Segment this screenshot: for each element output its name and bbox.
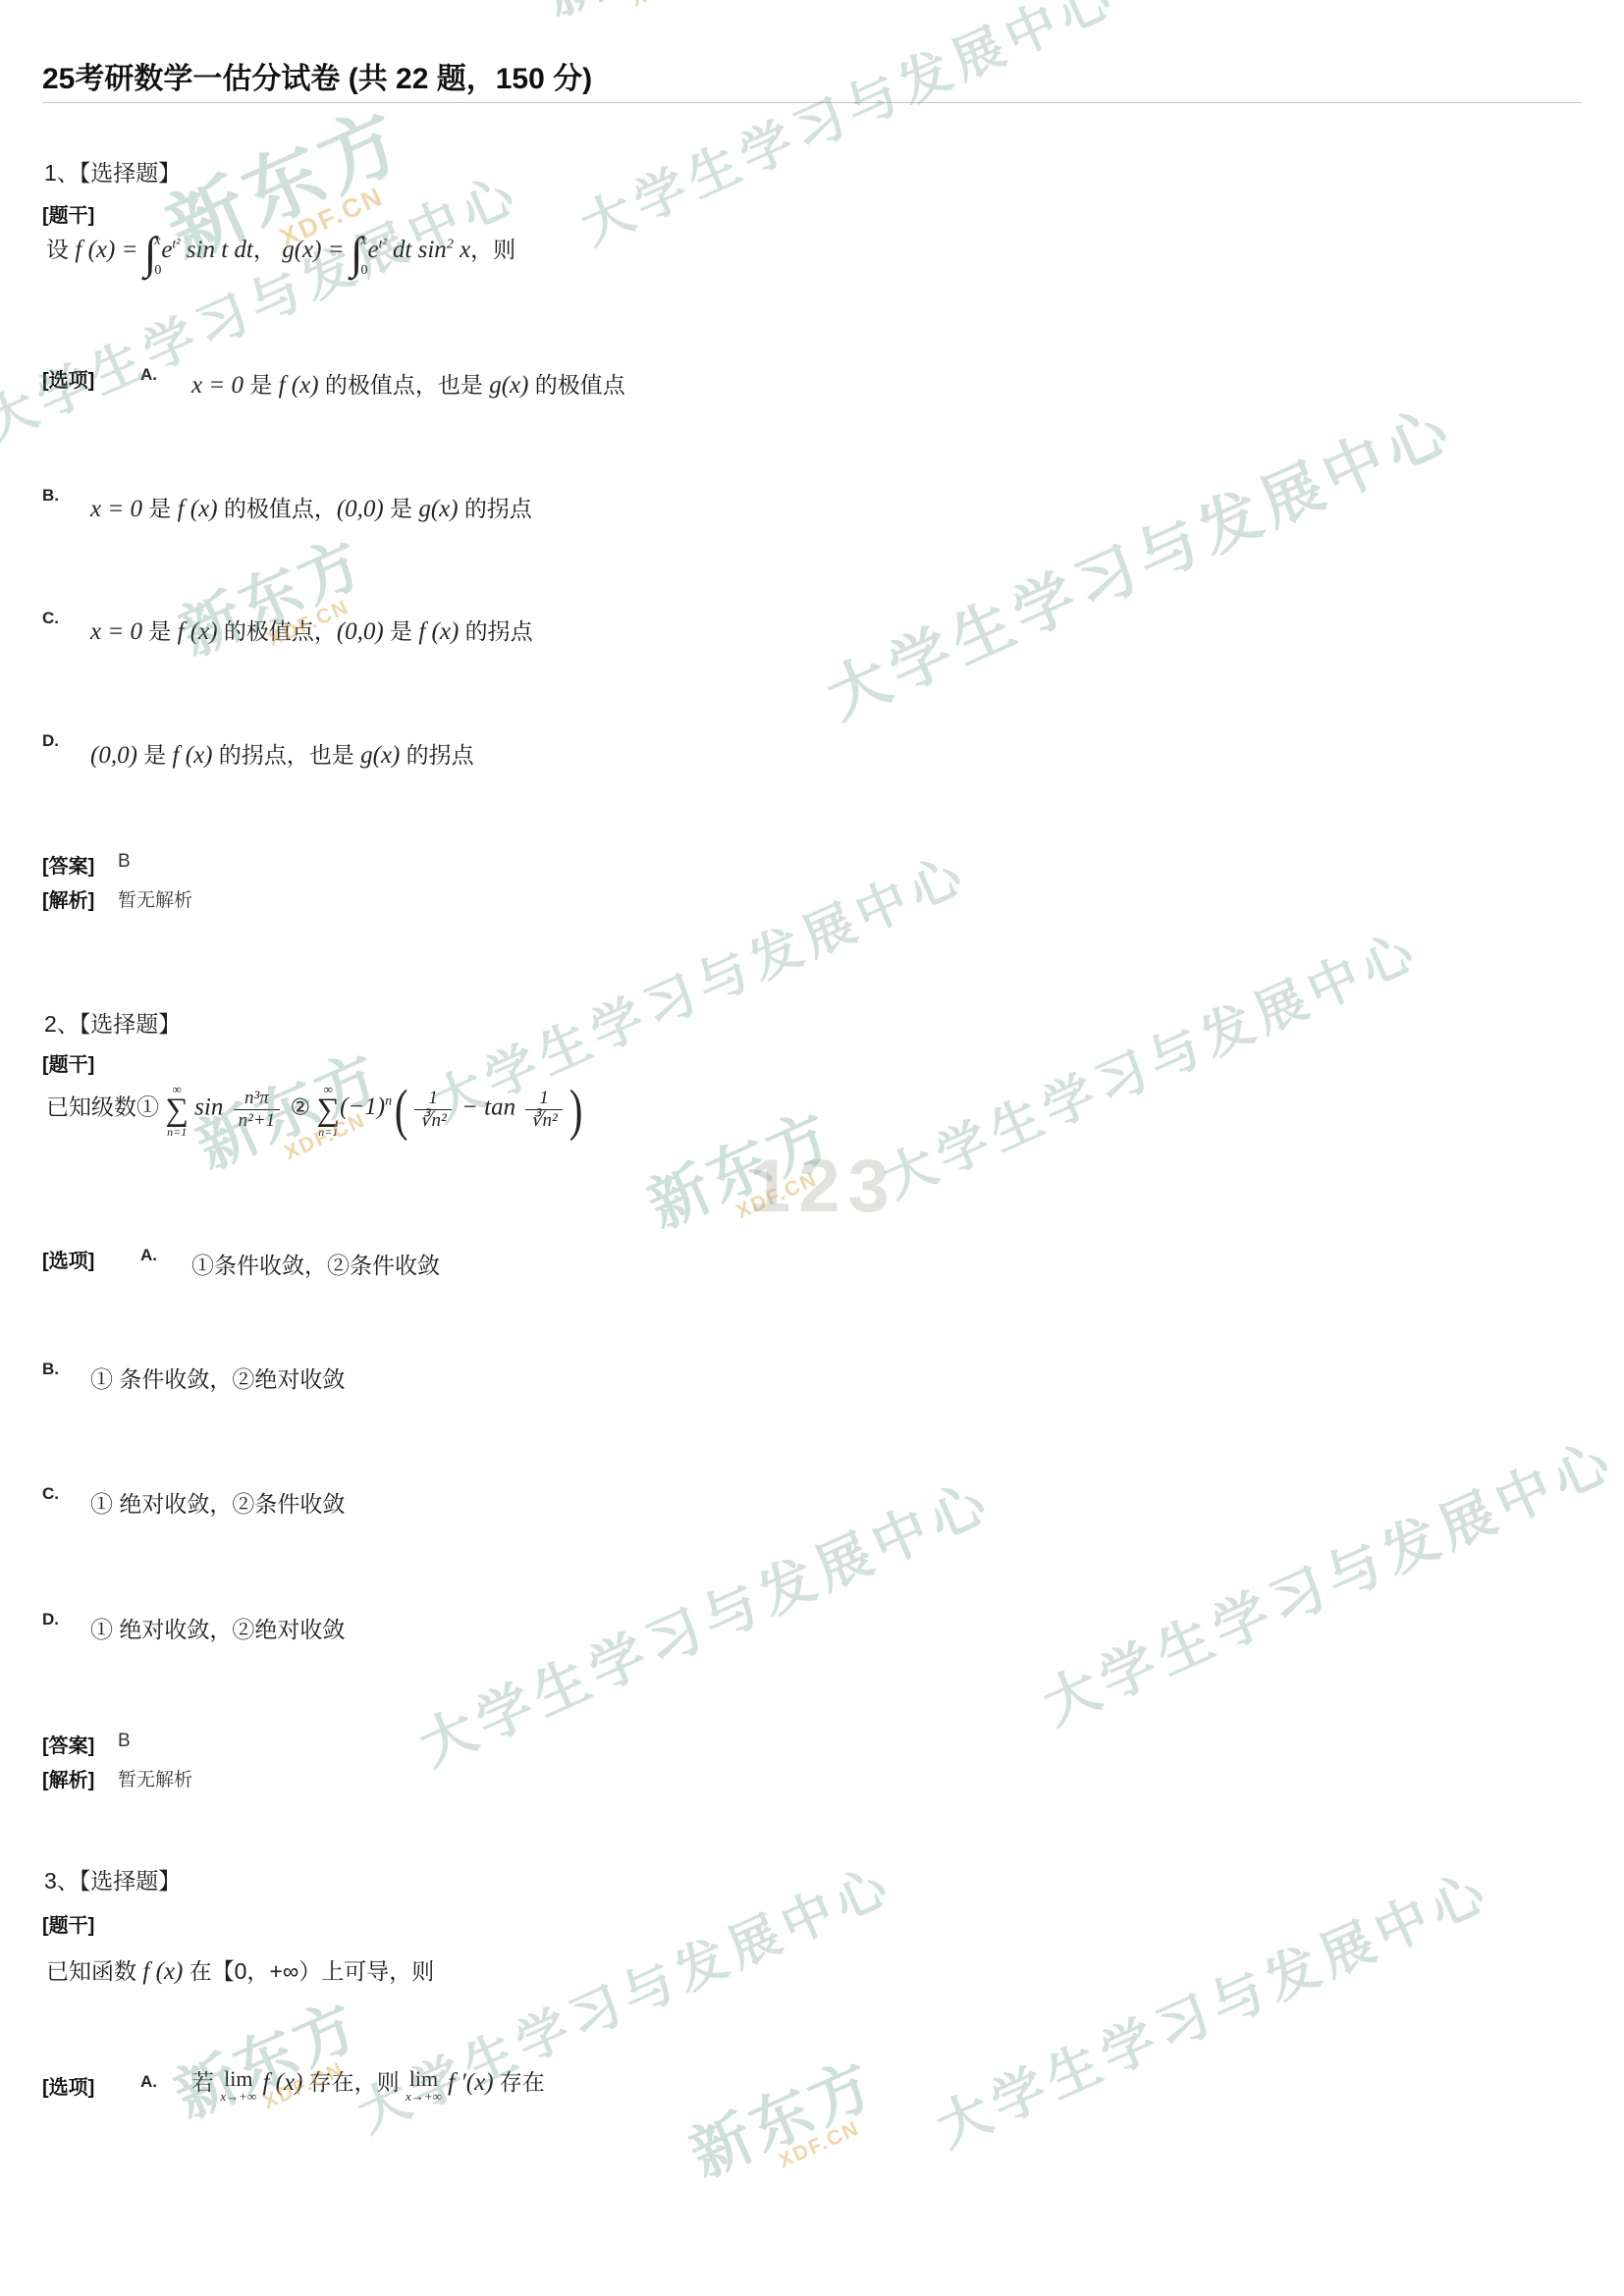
option-letter: C.: [42, 1484, 59, 1504]
watermark-text: 大学生学习与发展中心: [870, 909, 1430, 1211]
option-letter: C.: [42, 609, 59, 628]
question-header: 2、【选择题】: [44, 1006, 181, 1039]
option-text: ①条件收敛，②条件收敛: [191, 1248, 440, 1280]
option-letter: A.: [140, 1246, 157, 1265]
document-page: 新东方 XDF.CN 新东方 XDF.CN 新东方 XDF.CN 新东方 XDF…: [0, 0, 1624, 2296]
option-letter: A.: [140, 365, 157, 385]
option-text: x = 0 是 f (x) 的极值点，(0,0) 是 g(x) 的拐点: [90, 491, 532, 523]
analysis-value: 暂无解析: [118, 885, 192, 912]
analysis-label: [解析]: [42, 884, 94, 913]
watermark-text: 大学生学习与发展中心: [0, 152, 530, 454]
stem-label: [题干]: [42, 199, 94, 228]
option-text: 若 limx→+∞ f (x) 存在，则 limx→+∞ f ′(x) 存在: [191, 2064, 545, 2103]
xdf-logo-watermark: 新东方 XDF.CN: [172, 531, 381, 681]
xdf-brand-icon: 新东方: [682, 2053, 885, 2187]
xdf-logo-watermark: 新东方 XDF.CN: [535, 0, 744, 41]
stem-label: [题干]: [42, 1048, 94, 1077]
options-label: [选项]: [42, 1245, 94, 1273]
question-stem-formula: 已知级数① ∞∑n=1 sin n³πn²+1 ② ∞∑n=1(−1)n(1∛n…: [46, 1083, 585, 1138]
options-label: [选项]: [42, 364, 94, 393]
watermark-layer: 新东方 XDF.CN 新东方 XDF.CN 新东方 XDF.CN 新东方 XDF…: [0, 0, 1624, 2296]
xdf-brand-icon: 新东方: [167, 1994, 369, 2128]
question-stem-formula: 设 f (x) = ∫x0et² sin t dt， g(x) = ∫x0et²…: [46, 232, 515, 273]
watermark-text: 大学生学习与发展中心: [923, 1849, 1501, 2162]
answer-value: B: [118, 851, 131, 873]
option-letter: D.: [42, 1610, 59, 1629]
answer-label: [答案]: [42, 850, 94, 879]
question-header: 1、【选择题】: [44, 155, 181, 187]
xdf-logo-watermark: 新东方 XDF.CN: [682, 2053, 892, 2203]
question-header: 3、【选择题】: [44, 1863, 181, 1896]
options-label: [选项]: [42, 2071, 94, 2100]
option-text: (0,0) 是 f (x) 的拐点，也是 g(x) 的拐点: [90, 737, 474, 770]
answer-label: [答案]: [42, 1730, 94, 1758]
page-title: 25考研数学一估分试卷 (共 22 题，150 分): [42, 54, 592, 97]
option-text: x = 0 是 f (x) 的极值点，(0,0) 是 f (x) 的拐点: [90, 614, 533, 646]
option-text: ① 绝对收敛，②条件收敛: [90, 1486, 345, 1519]
stem-label: [题干]: [42, 1909, 94, 1938]
option-text: ① 绝对收敛，②绝对收敛: [90, 1612, 345, 1644]
xdf-logo-watermark: 新东方 XDF.CN: [640, 1103, 849, 1254]
watermark-text: 大学生学习与发展中心: [1029, 1417, 1624, 1740]
watermark-text: 大学生学习与发展中心: [568, 0, 1127, 259]
watermark-text: 大学生学习与发展中心: [406, 1459, 1002, 1782]
xdf-brand-icon: 新东方: [535, 0, 737, 27]
xdf-url-watermark: XDF.CN: [733, 1155, 849, 1222]
title-divider: [42, 102, 1582, 103]
analysis-value: 暂无解析: [118, 1765, 192, 1791]
option-letter: D.: [42, 731, 59, 751]
answer-value: B: [118, 1731, 131, 1752]
option-text: x = 0 是 f (x) 的极值点，也是 g(x) 的极值点: [191, 367, 625, 400]
option-letter: B.: [42, 1360, 59, 1379]
xdf-brand-icon: 新东方: [172, 531, 374, 666]
option-letter: A.: [140, 2072, 157, 2092]
option-letter: B.: [42, 486, 59, 506]
xdf-url-watermark: XDF.CN: [628, 0, 744, 10]
analysis-label: [解析]: [42, 1764, 94, 1792]
option-text: ① 条件收敛，②绝对收敛: [90, 1362, 345, 1394]
xdf-url-watermark: XDF.CN: [776, 2105, 892, 2171]
watermark-text: 大学生学习与发展中心: [811, 380, 1466, 735]
xdf-brand-icon: 新东方: [640, 1103, 842, 1238]
question-stem-text: 已知函数 f (x) 在【0，+∞）上可导，则: [46, 1953, 434, 1986]
faint-number-watermark: 123: [749, 1144, 897, 1229]
